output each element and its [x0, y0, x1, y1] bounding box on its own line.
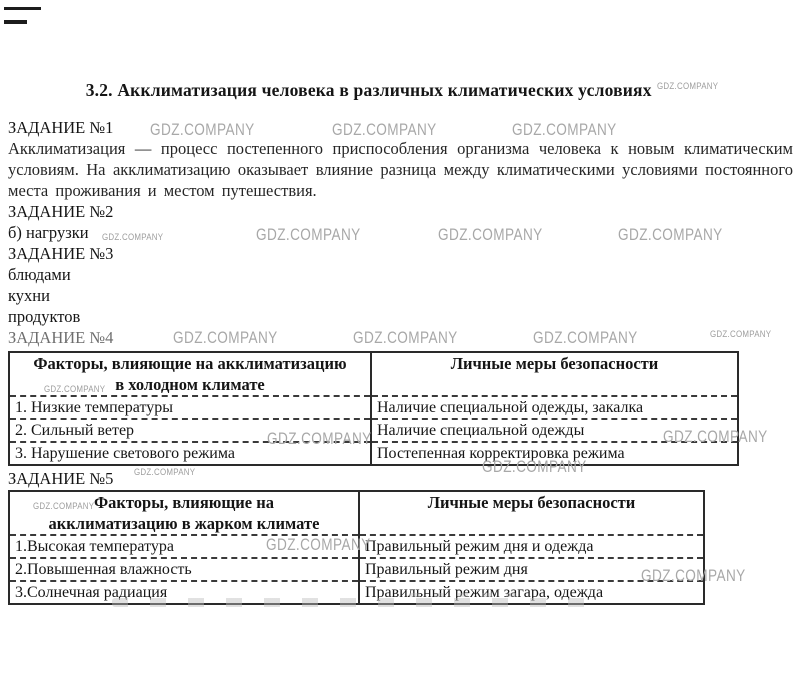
watermark: GDZ.COMPANY — [173, 328, 278, 348]
document-body: ЗАДАНИЕ №1 Акклиматизация — процесс пост… — [8, 117, 800, 605]
watermark: GDZ.COMPANY — [134, 467, 195, 477]
hot-table-header-factors: Факторы, влияющие на акклиматизацию в жа… — [9, 491, 359, 535]
scan-artifact-smudge — [112, 598, 592, 607]
watermark: GDZ.COMPANY — [482, 457, 587, 477]
task3-label: ЗАДАНИЕ №3 — [8, 243, 800, 264]
watermark: GDZ.COMPANY — [533, 328, 638, 348]
watermark: GDZ.COMPANY — [353, 328, 458, 348]
table-header-row: Факторы, влияющие на акклиматизацию в жа… — [9, 491, 704, 535]
watermark: GDZ.COMPANY — [512, 120, 617, 140]
header-line: Личные меры безопасности — [377, 353, 732, 374]
table-row: 3. Нарушение светового режима Постепенна… — [9, 442, 738, 465]
header-line: Факторы, влияющие на акклиматизацию — [15, 353, 365, 374]
watermark: GDZ.COMPANY — [266, 535, 371, 555]
table-header-row: Факторы, влияющие на акклиматизацию в хо… — [9, 352, 738, 396]
scan-artifact-dash — [4, 7, 41, 10]
header-line: акклиматизацию в жарком климате — [15, 513, 353, 534]
cold-table-header-measures: Личные меры безопасности — [371, 352, 738, 396]
watermark: GDZ.COMPANY — [332, 120, 437, 140]
header-line: Личные меры безопасности — [365, 492, 698, 513]
task5-label: ЗАДАНИЕ №5 — [8, 468, 800, 489]
scan-artifact-dash — [4, 20, 27, 24]
watermark: GDZ.COMPANY — [267, 429, 372, 449]
watermark: GDZ.COMPANY — [710, 329, 771, 339]
watermark: GDZ.COMPANY — [657, 81, 718, 91]
scan-artifact-smudge — [410, 593, 530, 597]
table-cell: Наличие специальной одежды, закалка — [371, 396, 738, 419]
task3-answer-item: блюдами — [8, 264, 800, 285]
table-row: 2. Сильный ветер Наличие специальной оде… — [9, 419, 738, 442]
table-cell: 2.Повышенная влажность — [9, 558, 359, 581]
task3-answer-item: продуктов — [8, 306, 800, 327]
table-cell: 1. Низкие температуры — [9, 396, 371, 419]
table-row: 1. Низкие температуры Наличие специально… — [9, 396, 738, 419]
watermark: GDZ.COMPANY — [33, 501, 94, 511]
task3-answer-item: кухни — [8, 285, 800, 306]
watermark: GDZ.COMPANY — [256, 225, 361, 245]
watermark: GDZ.COMPANY — [438, 225, 543, 245]
watermark: GDZ.COMPANY — [150, 120, 255, 140]
watermark: GDZ.COMPANY — [102, 232, 163, 242]
task1-answer-paragraph: Акклиматизация — процесс постепенного пр… — [8, 138, 793, 201]
task2-label: ЗАДАНИЕ №2 — [8, 201, 800, 222]
watermark: GDZ.COMPANY — [663, 427, 768, 447]
page-title: 3.2. Акклиматизация человека в различных… — [86, 80, 652, 100]
document-page: { "page": { "title": "3.2. Акклиматизаци… — [0, 0, 812, 691]
watermark: GDZ.COMPANY — [44, 384, 105, 394]
hot-table-header-measures: Личные меры безопасности — [359, 491, 704, 535]
watermark: GDZ.COMPANY — [641, 566, 746, 586]
cold-climate-table: Факторы, влияющие на акклиматизацию в хо… — [8, 351, 739, 466]
table-cell: Правильный режим дня и одежда — [359, 535, 704, 558]
title-row: 3.2. Акклиматизация человека в различных… — [0, 80, 812, 101]
watermark: GDZ.COMPANY — [618, 225, 723, 245]
table-row: 2.Повышенная влажность Правильный режим … — [9, 558, 704, 581]
